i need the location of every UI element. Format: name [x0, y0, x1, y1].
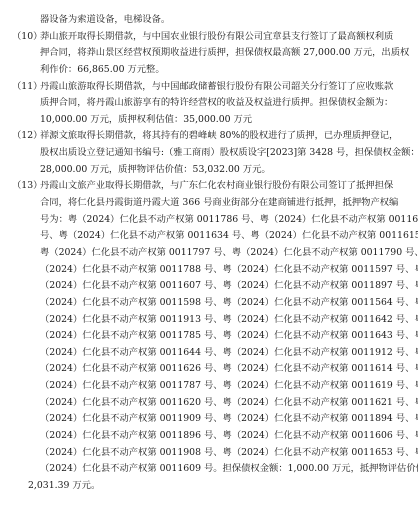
text-line: （2024）仁化县不动产权第 0011787 号、粤（2024）仁化县不动产权第… [40, 378, 376, 395]
text-line: 号、粤（2024）仁化县不动产权第 0011634 号、粤（2024）仁化县不动… [40, 228, 376, 245]
text-line: 押合同，将莽山景区经营权预期收益进行质押，担保债权最高额 27,000.00 万… [40, 45, 376, 62]
item-number: （10） [12, 29, 42, 46]
list-item-13-line: （2024）仁化县不动产权第 0011913 号、粤（2024）仁化县不动产权第… [0, 312, 418, 329]
list-item-13-line: （2024）仁化县不动产权第 0011607 号、粤（2024）仁化县不动产权第… [0, 278, 418, 295]
list-item-12-line: 股权出质设立登记通知书编号:（雅工商雨）股权质设字[2023]第 3428 号，… [0, 145, 418, 162]
text-line: 股权出质设立登记通知书编号:（雅工商雨）股权质设字[2023]第 3428 号，… [40, 145, 376, 162]
list-item-10-line: 利作价：66,865.00 万元整。 [0, 62, 418, 79]
list-item-13-line: 2,031.39 万元。 [0, 478, 418, 495]
text-line: 祥源文旅取得长期借款，将其持有的碧峰峡 80%的股权进行了质押，已办理质押登记， [40, 128, 376, 145]
text-line: 28,000.00 万元，质押物评估价值：53,032.00 万元。 [40, 162, 376, 179]
text-line: 2,031.39 万元。 [28, 478, 376, 495]
item-number: （12） [12, 128, 42, 145]
list-item-13-line: （2024）仁化县不动产权第 0011909 号、粤（2024）仁化县不动产权第… [0, 411, 418, 428]
list-item-10: （10） 莽山旅开取得长期借款，与中国农业银行股份有限公司宜章县支行签订了最高额… [0, 29, 418, 46]
list-item-13-line: 号、粤（2024）仁化县不动产权第 0011634 号、粤（2024）仁化县不动… [0, 228, 418, 245]
text-line: （2024）仁化县不动产权第 0011598 号、粤（2024）仁化县不动产权第… [40, 295, 376, 312]
document-page: 器设备为索道设备，电梯设备。 （10） 莽山旅开取得长期借款，与中国农业银行股份… [0, 12, 418, 495]
list-item-13-line: （2024）仁化县不动产权第 0011787 号、粤（2024）仁化县不动产权第… [0, 378, 418, 395]
text-line: 丹霞山文旅产业取得长期借款，与广东仁化农村商业银行股份有限公司签订了抵押担保 [40, 178, 376, 195]
continuation-paragraph: 器设备为索道设备，电梯设备。 [0, 12, 418, 29]
text-line: （2024）仁化县不动产权第 0011785 号、粤（2024）仁化县不动产权第… [40, 328, 376, 345]
list-item-11-line: 质押合同，将丹霞山旅游享有的特许经营权的收益及权益进行质押。担保债权金额为： [0, 95, 418, 112]
text-line: 莽山旅开取得长期借款，与中国农业银行股份有限公司宜章县支行签订了最高额权利质 [40, 29, 376, 46]
text-line: 利作价：66,865.00 万元整。 [40, 62, 376, 79]
text-line: （2024）仁化县不动产权第 0011626 号、粤（2024）仁化县不动产权第… [40, 361, 376, 378]
text-line: （2024）仁化县不动产权第 0011909 号、粤（2024）仁化县不动产权第… [40, 411, 376, 428]
list-item-11-line: 10,000.00 万元，质押权利估值：35,000.00 万元 [0, 112, 418, 129]
list-item-13-line: （2024）仁化县不动产权第 0011896 号、粤（2024）仁化县不动产权第… [0, 428, 418, 445]
text-line: （2024）仁化县不动产权第 0011609 号。担保债权金额：1,000.00… [40, 461, 376, 478]
list-item-13-line: （2024）仁化县不动产权第 0011908 号、粤（2024）仁化县不动产权第… [0, 445, 418, 462]
item-number: （11） [12, 79, 42, 96]
list-item-13-line: （2024）仁化县不动产权第 0011598 号、粤（2024）仁化县不动产权第… [0, 295, 418, 312]
list-item-12-line: 28,000.00 万元，质押物评估价值：53,032.00 万元。 [0, 162, 418, 179]
text-line: （2024）仁化县不动产权第 0011913 号、粤（2024）仁化县不动产权第… [40, 312, 376, 329]
text-line: （2024）仁化县不动产权第 0011788 号、粤（2024）仁化县不动产权第… [40, 262, 376, 279]
text-line: 合同，将仁化县丹霞街道丹霞大道 366 号商业街部分在建商铺进行抵押，抵押物产权… [40, 195, 376, 212]
list-item-13-line: 号为：粤（2024）仁化县不动产权第 0011786 号、粤（2024）仁化县不… [0, 212, 418, 229]
list-item-13-line: （2024）仁化县不动产权第 0011644 号、粤（2024）仁化县不动产权第… [0, 345, 418, 362]
text-line: 10,000.00 万元，质押权利估值：35,000.00 万元 [40, 112, 376, 129]
list-item-13-line: （2024）仁化县不动产权第 0011620 号、粤（2024）仁化县不动产权第… [0, 395, 418, 412]
list-item-13: （13） 丹霞山文旅产业取得长期借款，与广东仁化农村商业银行股份有限公司签订了抵… [0, 178, 418, 195]
list-item-13-line: （2024）仁化县不动产权第 0011609 号。担保债权金额：1,000.00… [0, 461, 418, 478]
text-line: （2024）仁化县不动产权第 0011896 号、粤（2024）仁化县不动产权第… [40, 428, 376, 445]
list-item-13-line: （2024）仁化县不动产权第 0011785 号、粤（2024）仁化县不动产权第… [0, 328, 418, 345]
item-number: （13） [12, 178, 42, 195]
text-line: 粤（2024）仁化县不动产权第 0011797 号、粤（2024）仁化县不动产权… [40, 245, 376, 262]
list-item-13-line: （2024）仁化县不动产权第 0011788 号、粤（2024）仁化县不动产权第… [0, 262, 418, 279]
list-item-13-line: （2024）仁化县不动产权第 0011626 号、粤（2024）仁化县不动产权第… [0, 361, 418, 378]
text-line: （2024）仁化县不动产权第 0011607 号、粤（2024）仁化县不动产权第… [40, 278, 376, 295]
list-item-13-line: 合同，将仁化县丹霞街道丹霞大道 366 号商业街部分在建商铺进行抵押，抵押物产权… [0, 195, 418, 212]
text-line: （2024）仁化县不动产权第 0011908 号、粤（2024）仁化县不动产权第… [40, 445, 376, 462]
text-line: 丹霞山旅游取得长期借款，与中国邮政储蓄银行股份有限公司韶关分行签订了应收账款 [40, 79, 376, 96]
text-line: 器设备为索道设备，电梯设备。 [40, 12, 376, 29]
text-line: （2024）仁化县不动产权第 0011644 号、粤（2024）仁化县不动产权第… [40, 345, 376, 362]
list-item-12: （12） 祥源文旅取得长期借款，将其持有的碧峰峡 80%的股权进行了质押，已办理… [0, 128, 418, 145]
list-item-13-line: 粤（2024）仁化县不动产权第 0011797 号、粤（2024）仁化县不动产权… [0, 245, 418, 262]
list-item-11: （11） 丹霞山旅游取得长期借款，与中国邮政储蓄银行股份有限公司韶关分行签订了应… [0, 79, 418, 96]
text-line: （2024）仁化县不动产权第 0011620 号、粤（2024）仁化县不动产权第… [40, 395, 376, 412]
list-item-10-line: 押合同，将莽山景区经营权预期收益进行质押，担保债权最高额 27,000.00 万… [0, 45, 418, 62]
text-line: 号为：粤（2024）仁化县不动产权第 0011786 号、粤（2024）仁化县不… [40, 212, 376, 229]
text-line: 质押合同，将丹霞山旅游享有的特许经营权的收益及权益进行质押。担保债权金额为： [40, 95, 376, 112]
